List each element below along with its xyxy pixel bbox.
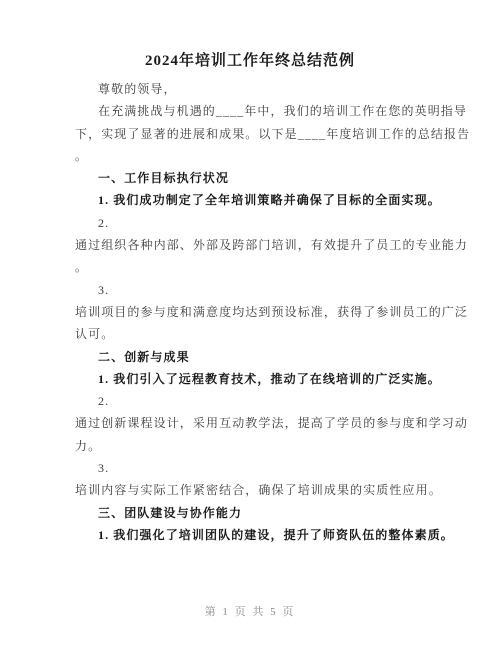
paragraph-line: 培训内容与实际工作紧密结合，确保了培训成果的实质性应用。 (75, 479, 442, 501)
document-page: 2024年培训工作年终总结范例 尊敬的领导， 在充满挑战与机遇的____年中，我… (0, 0, 500, 647)
paragraph-line: 培训项目的参与度和满意度均达到预设标准，获得了参训员工的广泛 (75, 301, 442, 323)
paragraph-line: 力。 (75, 435, 442, 457)
document-body: 尊敬的领导， 在充满挑战与机遇的____年中，我们的培训工作在您的英明指导 下，… (0, 78, 500, 546)
numbered-item: 3. (75, 457, 442, 479)
section-heading-3: 三、团队建设与协作能力 (75, 502, 442, 524)
numbered-item: 1. 我们强化了培训团队的建设，提升了师资队伍的整体素质。 (75, 524, 442, 546)
numbered-item: 1. 我们引入了远程教育技术，推动了在线培训的广泛实施。 (75, 368, 442, 390)
paragraph-line: 。 (75, 256, 442, 278)
paragraph-line: 。 (75, 145, 442, 167)
document-title: 2024年培训工作年终总结范例 (0, 0, 500, 72)
salutation-line: 尊敬的领导， (75, 78, 442, 100)
paragraph-line: 认可。 (75, 323, 442, 345)
numbered-item: 1. 我们成功制定了全年培训策略并确保了目标的全面实现。 (75, 189, 442, 211)
paragraph-line: 在充满挑战与机遇的____年中，我们的培训工作在您的英明指导 (75, 100, 442, 122)
section-heading-1: 一、工作目标执行状况 (75, 167, 442, 189)
paragraph-line: 通过组织各种内部、外部及跨部门培训，有效提升了员工的专业能力 (75, 234, 442, 256)
numbered-item: 2. (75, 390, 442, 412)
paragraph-line: 通过创新课程设计，采用互动教学法，提高了学员的参与度和学习动 (75, 412, 442, 434)
paragraph-line: 下，实现了显著的进展和成果。以下是____年度培训工作的总结报告 (75, 123, 442, 145)
numbered-item: 3. (75, 279, 442, 301)
page-number-footer: 第 1 页 共 5 页 (0, 601, 500, 623)
section-heading-2: 二、创新与成果 (75, 346, 442, 368)
numbered-item: 2. (75, 212, 442, 234)
